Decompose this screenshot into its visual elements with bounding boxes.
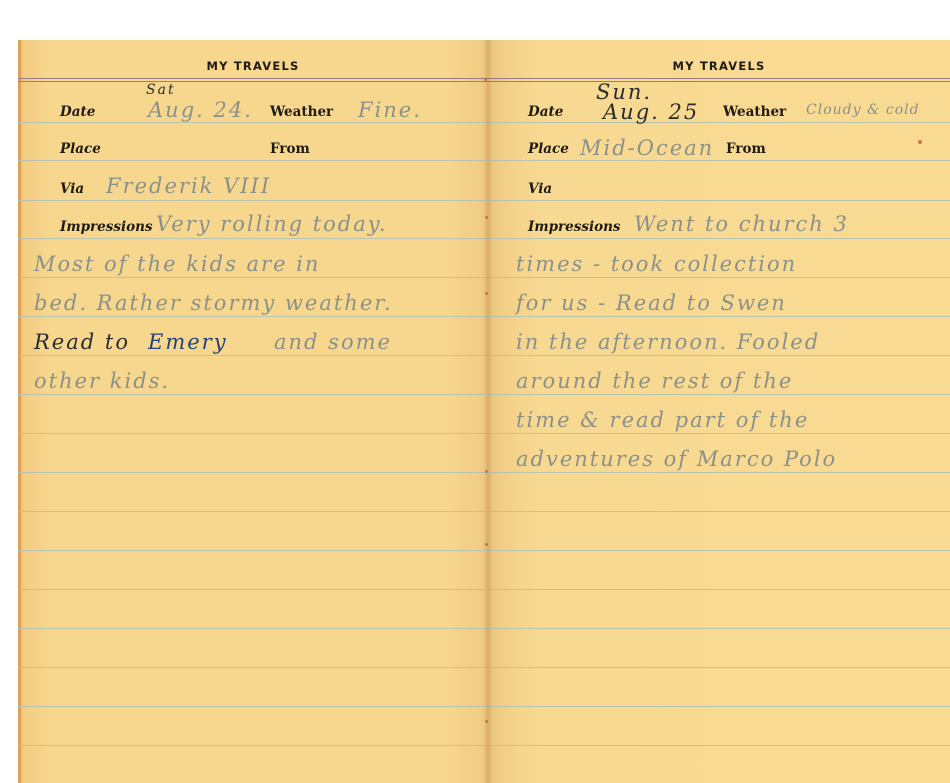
ruled-line [488,200,950,201]
ruled-line [488,394,950,395]
entry-weather: Fine. [358,98,422,122]
entry-date: Aug. 25 [603,100,699,124]
ruled-line [18,550,488,551]
impressions-line: in the afternoon. Fooled [516,330,820,354]
ruled-line [488,238,950,239]
page-title: MY TRAVELS [488,59,950,73]
ruled-line [18,200,488,201]
paper-stain [918,140,922,144]
from-label: From [726,141,766,157]
ruled-line [18,706,488,707]
impressions-line: adventures of Marco Polo [516,447,837,471]
ruled-line [488,511,950,512]
ruled-line [18,667,488,668]
ruled-line [488,355,950,356]
binding-thread [485,720,488,723]
ruled-line [18,433,488,434]
ruled-line [18,238,488,239]
binding-thread [485,543,488,546]
ruled-line [488,628,950,629]
ruled-line [488,433,950,434]
impressions-line: Went to church 3 [634,212,849,236]
diary-spread: MY TRAVELS Date Weather Place From Via I… [18,40,950,783]
impressions-line: Most of the kids are in [34,252,320,276]
weather-label: Weather [270,104,333,120]
header-rule [18,81,488,82]
binding-thread [485,292,488,295]
impressions-line: and some [274,330,392,354]
binding-thread [485,216,488,219]
ruled-line [18,122,488,123]
header-rule [488,81,950,82]
header-rule [488,78,950,79]
binding-thread [484,78,487,81]
impressions-label: Impressions [60,219,153,235]
ruled-line [18,472,488,473]
ruled-line [488,667,950,668]
page-edge [18,40,21,783]
from-label: From [270,141,310,157]
impressions-name-emery: Emery [148,330,228,354]
ruled-line [18,160,488,161]
ruled-line [18,277,488,278]
entry-day: Sat [146,82,176,98]
date-label: Date [60,104,95,120]
ruled-line [488,745,950,746]
entry-place: Mid-Ocean [580,136,714,160]
impressions-line: times - took collection [516,252,797,276]
ruled-line [488,160,950,161]
ruled-line [18,355,488,356]
impressions-line: for us - Read to Swen [516,291,787,315]
entry-date: Aug. 24. [148,98,253,122]
ruled-line [488,472,950,473]
right-page: MY TRAVELS Date Weather Place From Via I… [488,40,950,783]
weather-label: Weather [723,104,786,120]
ruled-line [18,511,488,512]
ruled-line [488,316,950,317]
ruled-line [18,394,488,395]
header-rule [18,78,488,79]
ruled-line [488,122,950,123]
impressions-line: around the rest of the [516,369,793,393]
impressions-label: Impressions [528,219,621,235]
binding-thread [485,470,488,473]
book-gutter [484,40,492,783]
entry-via: Frederik VIII [106,174,271,198]
ruled-line [18,745,488,746]
ruled-line [488,589,950,590]
via-label: Via [528,181,552,197]
ruled-line [18,589,488,590]
entry-weather: Cloudy & cold [806,102,920,118]
impressions-line: other kids. [34,369,170,393]
ruled-line [488,277,950,278]
ruled-line [18,628,488,629]
ruled-line [18,316,488,317]
impressions-line: Read to [34,330,130,354]
place-label: Place [528,141,569,157]
date-label: Date [528,104,563,120]
impressions-line: bed. Rather stormy weather. [34,291,393,315]
ruled-line [488,706,950,707]
page-title: MY TRAVELS [18,59,488,73]
via-label: Via [60,181,84,197]
place-label: Place [60,141,101,157]
ruled-line [488,550,950,551]
impressions-line: Very rolling today. [156,212,388,236]
left-page: MY TRAVELS Date Weather Place From Via I… [18,40,488,783]
impressions-line: time & read part of the [516,408,809,432]
